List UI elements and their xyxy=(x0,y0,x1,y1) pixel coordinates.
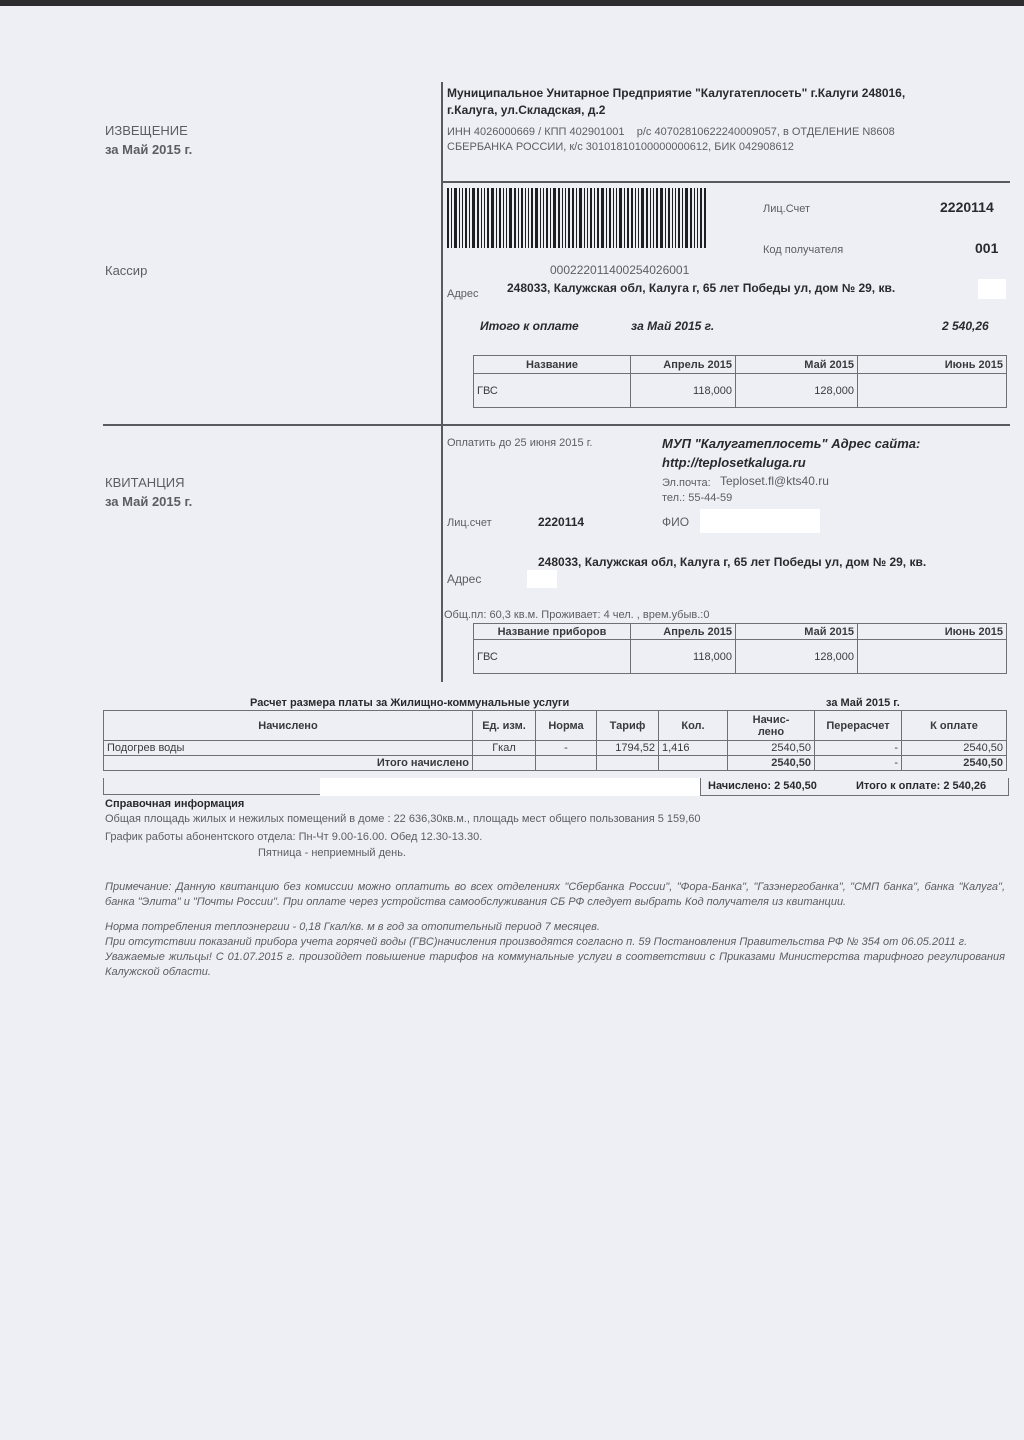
reference-line3: Пятница - неприемный день. xyxy=(258,847,406,859)
note-no-meter: При отсутствии показаний прибора учета г… xyxy=(105,935,1005,950)
phone: тел.: 55-44-59 xyxy=(662,492,732,504)
col-june: Июнь 2015 xyxy=(858,356,1007,374)
col-april: Апрель 2015 xyxy=(631,624,736,640)
cell: 128,000 xyxy=(736,374,858,408)
cell: Гкал xyxy=(473,741,536,756)
cell: 128,000 xyxy=(736,640,858,674)
cell: 2540,50 xyxy=(728,756,815,771)
col-qty: Кол. xyxy=(659,711,728,741)
fio-label: ФИО xyxy=(662,515,689,529)
col-to-pay: К оплате xyxy=(902,711,1007,741)
payee-name-line2: г.Калуга, ул.Складская, д.2 xyxy=(447,103,605,117)
col-april: Апрель 2015 xyxy=(631,356,736,374)
cell: - xyxy=(815,741,902,756)
reference-line2: График работы абонентского отдела: Пн-Чт… xyxy=(105,831,482,843)
reference-line1: Общая площадь жилых и нежилых помещений … xyxy=(105,813,701,825)
cell: 2540,50 xyxy=(728,741,815,756)
table-row: ГВС 118,000 128,000 xyxy=(474,640,1007,674)
cell: 2540,50 xyxy=(902,741,1007,756)
note-norm: Норма потребления теплоэнергии - 0,18 Гк… xyxy=(105,920,1005,935)
scan-top-edge xyxy=(0,0,1024,6)
cell: - xyxy=(815,756,902,771)
barcode-number: 000222011400254026001 xyxy=(550,263,689,277)
col-recalc: Перерасчет xyxy=(815,711,902,741)
table-row: Подогрев воды Гкал - 1794,52 1,416 2540,… xyxy=(104,741,1007,756)
area-info: Общ.пл: 60,3 кв.м. Проживает: 4 чел. , в… xyxy=(444,609,709,621)
account-label-2: Лиц.счет xyxy=(447,517,492,529)
redacted-fio xyxy=(700,509,820,533)
calc-title: Расчет размера платы за Жилищно-коммунал… xyxy=(250,697,569,709)
cell xyxy=(597,756,659,771)
cell xyxy=(858,374,1007,408)
table-row-total: Итого начислено 2540,50 - 2540,50 xyxy=(104,756,1007,771)
calc-period: за Май 2015 г. xyxy=(826,697,900,709)
payee-bank-line2: СБЕРБАНКА РОССИИ, к/с 301018101000000006… xyxy=(447,141,794,153)
notes-block: Примечание: Данную квитанцию без комисси… xyxy=(105,880,1005,980)
address-value: 248033, Калужская обл, Калуга г, 65 лет … xyxy=(507,281,895,295)
col-name: Название xyxy=(474,356,631,374)
account-label: Лиц.Счет xyxy=(763,203,810,215)
redacted-apartment xyxy=(978,279,1006,299)
cell: ГВС xyxy=(474,374,631,408)
cell: Подогрев воды xyxy=(104,741,473,756)
col-unit: Ед. изм. xyxy=(473,711,536,741)
calc-blank-cell xyxy=(103,778,321,795)
cashier-label: Кассир xyxy=(105,263,147,278)
address-label: Адрес xyxy=(447,288,479,300)
col-norm: Норма xyxy=(536,711,597,741)
vertical-divider xyxy=(441,82,443,682)
email-value: Teploset.fl@kts40.ru xyxy=(720,474,829,488)
recipient-code-label: Код получателя xyxy=(763,244,843,256)
col-may: Май 2015 xyxy=(736,356,858,374)
receipt-period: за Май 2015 г. xyxy=(105,494,192,509)
col-tariff: Тариф xyxy=(597,711,659,741)
col-name: Название приборов xyxy=(474,624,631,640)
org-line1: МУП "Калугатеплосеть" Адрес сайта: xyxy=(662,436,920,451)
col-service: Начислено xyxy=(104,711,473,741)
payee-bank-line1: ИНН 4026000669 / КПП 402901001 р/с 40702… xyxy=(447,126,895,138)
notice-receipt-divider xyxy=(103,424,1010,426)
accrued-summary: Начислено: 2 540,50 xyxy=(708,780,817,792)
payee-divider xyxy=(443,181,1010,183)
account-value: 2220114 xyxy=(940,199,994,215)
cell: 2540,50 xyxy=(902,756,1007,771)
cell: ГВС xyxy=(474,640,631,674)
col-accrued: Начис- лено xyxy=(728,711,815,741)
meter-table-top: Название Апрель 2015 Май 2015 Июнь 2015 … xyxy=(473,355,1007,408)
notice-title: ИЗВЕЩЕНИЕ xyxy=(105,123,188,138)
note-tariff-increase: Уважаемые жильцы! С 01.07.2015 г. произо… xyxy=(105,950,1005,980)
cell: 118,000 xyxy=(631,374,736,408)
org-website: http://teplosetkaluga.ru xyxy=(662,455,806,470)
col-may: Май 2015 xyxy=(736,624,858,640)
cell: 118,000 xyxy=(631,640,736,674)
calc-table: Начислено Ед. изм. Норма Тариф Кол. Начи… xyxy=(103,710,1007,771)
total-label: Итого к оплате xyxy=(480,319,579,333)
barcode xyxy=(447,188,779,248)
payee-name-line1: Муниципальное Унитарное Предприятие "Кал… xyxy=(447,86,905,100)
receipt-title: КВИТАНЦИЯ xyxy=(105,475,185,490)
address-value-2: 248033, Калужская обл, Калуга г, 65 лет … xyxy=(538,555,926,569)
cell: 1,416 xyxy=(659,741,728,756)
recipient-code-value: 001 xyxy=(975,240,998,256)
email-label: Эл.почта: xyxy=(662,477,711,489)
reference-title: Справочная информация xyxy=(105,798,244,810)
address-label-2: Адрес xyxy=(447,572,481,586)
redacted-apartment-2 xyxy=(527,570,557,588)
total-value: 2 540,26 xyxy=(942,319,989,333)
redacted-row xyxy=(320,778,700,796)
col-june: Июнь 2015 xyxy=(858,624,1007,640)
cell xyxy=(858,640,1007,674)
note-payment: Примечание: Данную квитанцию без комисси… xyxy=(105,880,1005,910)
cell: - xyxy=(536,741,597,756)
notice-period: за Май 2015 г. xyxy=(105,142,192,157)
table-row: ГВС 118,000 128,000 xyxy=(474,374,1007,408)
pay-summary: Итого к оплате: 2 540,26 xyxy=(856,780,986,792)
cell xyxy=(536,756,597,771)
cell: Итого начислено xyxy=(104,756,473,771)
pay-until: Оплатить до 25 июня 2015 г. xyxy=(447,437,592,449)
cell xyxy=(473,756,536,771)
total-period: за Май 2015 г. xyxy=(631,319,714,333)
account-value-2: 2220114 xyxy=(538,515,584,529)
meter-table-bottom: Название приборов Апрель 2015 Май 2015 И… xyxy=(473,623,1007,674)
cell xyxy=(659,756,728,771)
cell: 1794,52 xyxy=(597,741,659,756)
